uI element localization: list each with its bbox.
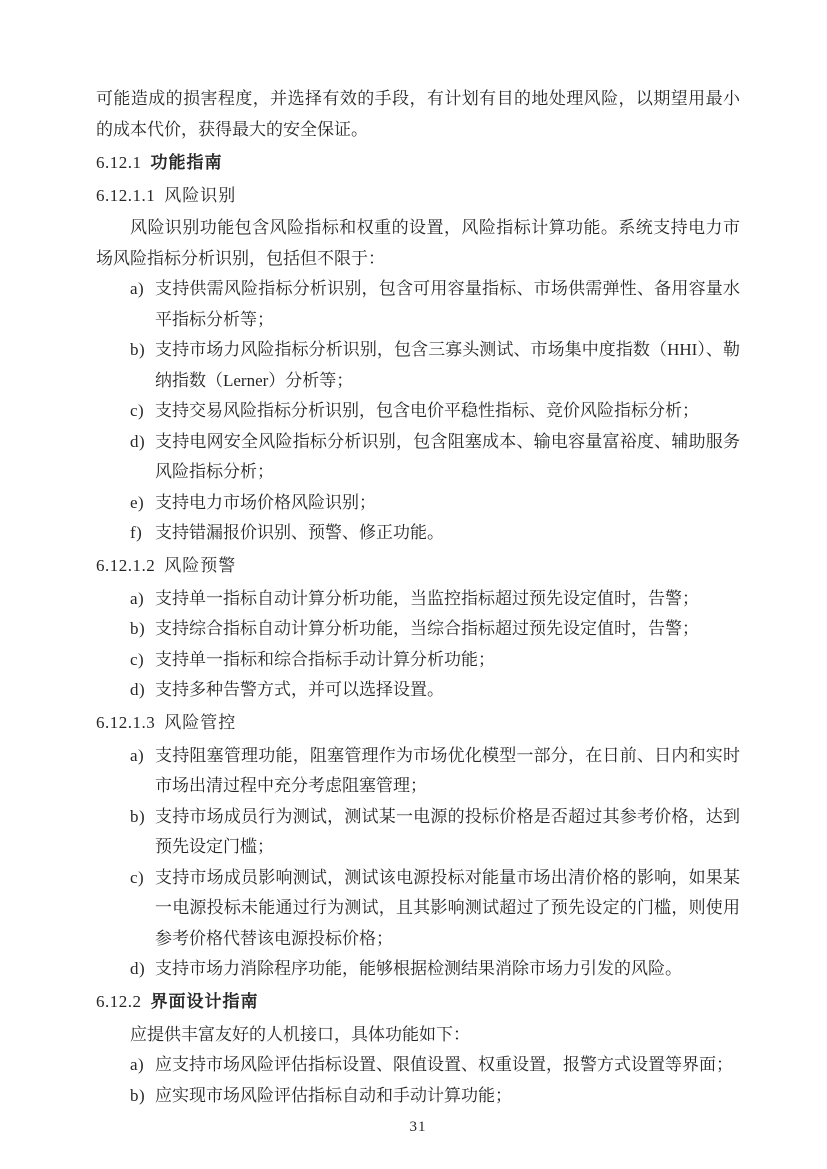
list-item-text: 支持错漏报价识别、预警、修正功能。: [155, 518, 740, 549]
list-risk-identification: a) 支持供需风险指标分析识别，包含可用容量指标、市场供需弹性、备用容量水平指标…: [96, 274, 740, 549]
list-item: a) 支持单一指标自动计算分析功能，当监控指标超过预先设定值时，告警；: [96, 584, 740, 615]
heading-title: 风险识别: [164, 186, 236, 205]
list-item-text: 支持综合指标自动计算分析功能，当综合指标超过预先设定值时，告警；: [155, 614, 740, 645]
list-item-marker: a): [130, 274, 155, 305]
list-item-text: 应支持市场风险评估指标设置、限值设置、权重设置，报警方式设置等界面；: [155, 1050, 740, 1081]
list-item-marker: b): [130, 335, 155, 366]
list-item: a) 支持供需风险指标分析识别，包含可用容量指标、市场供需弹性、备用容量水平指标…: [96, 274, 740, 335]
paragraph-risk-identification: 风险识别功能包含风险指标和权重的设置，风险指标计算功能。系统支持电力市场风险指标…: [96, 213, 740, 274]
list-item-marker: a): [130, 741, 155, 772]
list-item: c) 支持交易风险指标分析识别，包含电价平稳性指标、竞价风险指标分析；: [96, 396, 740, 427]
list-item-marker: b): [130, 1081, 155, 1112]
list-ui-design: a) 应支持市场风险评估指标设置、限值设置、权重设置，报警方式设置等界面； b)…: [96, 1050, 740, 1111]
list-risk-warning: a) 支持单一指标自动计算分析功能，当监控指标超过预先设定值时，告警； b) 支…: [96, 584, 740, 706]
list-item: d) 支持电网安全风险指标分析识别，包含阻塞成本、输电容量富裕度、辅助服务风险指…: [96, 427, 740, 488]
list-item-text: 支持市场成员行为测试，测试某一电源的投标价格是否超过其参考价格，达到预先设定门槛…: [155, 802, 740, 863]
list-item-text: 支持交易风险指标分析识别，包含电价平稳性指标、竞价风险指标分析；: [155, 396, 740, 427]
list-item: f) 支持错漏报价识别、预警、修正功能。: [96, 518, 740, 549]
heading-title: 风险管控: [164, 713, 236, 732]
list-item-text: 支持单一指标自动计算分析功能，当监控指标超过预先设定值时，告警；: [155, 584, 740, 615]
page-number: 31: [96, 1112, 740, 1142]
list-item: b) 应实现市场风险评估指标自动和手动计算功能；: [96, 1081, 740, 1112]
heading-number: 6.12.2: [96, 992, 142, 1011]
list-item: c) 支持单一指标和综合指标手动计算分析功能；: [96, 645, 740, 676]
paragraph-ui-intro: 应提供丰富友好的人机接口，具体功能如下：: [96, 1020, 740, 1051]
heading-6-12-1-1: 6.12.1.1风险识别: [96, 181, 740, 212]
list-item-text: 支持电力市场价格风险识别；: [155, 488, 740, 519]
list-item-text: 支持单一指标和综合指标手动计算分析功能；: [155, 645, 740, 676]
list-item-text: 支持市场成员影响测试，测试该电源投标对能量市场出清价格的影响，如果某一电源投标未…: [155, 863, 740, 955]
heading-number: 6.12.1.1: [96, 186, 155, 205]
document-page: 可能造成的损害程度，并选择有效的手段，有计划有目的地处理风险，以期望用最小的成本…: [0, 0, 827, 1169]
list-item-marker: f): [130, 518, 155, 549]
list-item: b) 支持市场力风险指标分析识别，包含三寡头测试、市场集中度指数（HHI）、勒纳…: [96, 335, 740, 396]
heading-title: 风险预警: [164, 556, 236, 575]
list-item: b) 支持市场成员行为测试，测试某一电源的投标价格是否超过其参考价格，达到预先设…: [96, 802, 740, 863]
intro-paragraph: 可能造成的损害程度，并选择有效的手段，有计划有目的地处理风险，以期望用最小的成本…: [96, 84, 740, 145]
heading-6-12-2: 6.12.2界面设计指南: [96, 987, 740, 1018]
list-item-text: 支持市场力风险指标分析识别，包含三寡头测试、市场集中度指数（HHI）、勒纳指数（…: [155, 335, 740, 396]
list-item-marker: a): [130, 584, 155, 615]
list-item: d) 支持多种告警方式，并可以选择设置。: [96, 675, 740, 706]
list-item-marker: d): [130, 954, 155, 985]
list-item-marker: a): [130, 1050, 155, 1081]
list-item-marker: c): [130, 645, 155, 676]
heading-6-12-1-3: 6.12.1.3风险管控: [96, 708, 740, 739]
list-item: a) 支持阻塞管理功能，阻塞管理作为市场优化模型一部分，在日前、日内和实时市场出…: [96, 741, 740, 802]
heading-title: 功能指南: [151, 153, 223, 172]
heading-number: 6.12.1: [96, 153, 142, 172]
list-risk-control: a) 支持阻塞管理功能，阻塞管理作为市场优化模型一部分，在日前、日内和实时市场出…: [96, 741, 740, 985]
list-item-marker: b): [130, 614, 155, 645]
heading-title: 界面设计指南: [151, 992, 259, 1011]
list-item-text: 支持电网安全风险指标分析识别，包含阻塞成本、输电容量富裕度、辅助服务风险指标分析…: [155, 427, 740, 488]
list-item: b) 支持综合指标自动计算分析功能，当综合指标超过预先设定值时，告警；: [96, 614, 740, 645]
list-item-text: 支持阻塞管理功能，阻塞管理作为市场优化模型一部分，在日前、日内和实时市场出清过程…: [155, 741, 740, 802]
list-item-marker: c): [130, 396, 155, 427]
list-item-marker: d): [130, 427, 155, 458]
list-item-marker: e): [130, 488, 155, 519]
heading-6-12-1: 6.12.1功能指南: [96, 148, 740, 179]
heading-6-12-1-2: 6.12.1.2风险预警: [96, 551, 740, 582]
list-item-marker: b): [130, 802, 155, 833]
heading-number: 6.12.1.2: [96, 556, 155, 575]
list-item: c) 支持市场成员影响测试，测试该电源投标对能量市场出清价格的影响，如果某一电源…: [96, 863, 740, 955]
heading-number: 6.12.1.3: [96, 713, 155, 732]
list-item-text: 支持市场力消除程序功能，能够根据检测结果消除市场力引发的风险。: [155, 954, 740, 985]
list-item: e) 支持电力市场价格风险识别；: [96, 488, 740, 519]
list-item: d) 支持市场力消除程序功能，能够根据检测结果消除市场力引发的风险。: [96, 954, 740, 985]
list-item-marker: c): [130, 863, 155, 894]
list-item-marker: d): [130, 675, 155, 706]
list-item-text: 支持多种告警方式，并可以选择设置。: [155, 675, 740, 706]
list-item: a) 应支持市场风险评估指标设置、限值设置、权重设置，报警方式设置等界面；: [96, 1050, 740, 1081]
list-item-text: 支持供需风险指标分析识别，包含可用容量指标、市场供需弹性、备用容量水平指标分析等…: [155, 274, 740, 335]
list-item-text: 应实现市场风险评估指标自动和手动计算功能；: [155, 1081, 740, 1112]
